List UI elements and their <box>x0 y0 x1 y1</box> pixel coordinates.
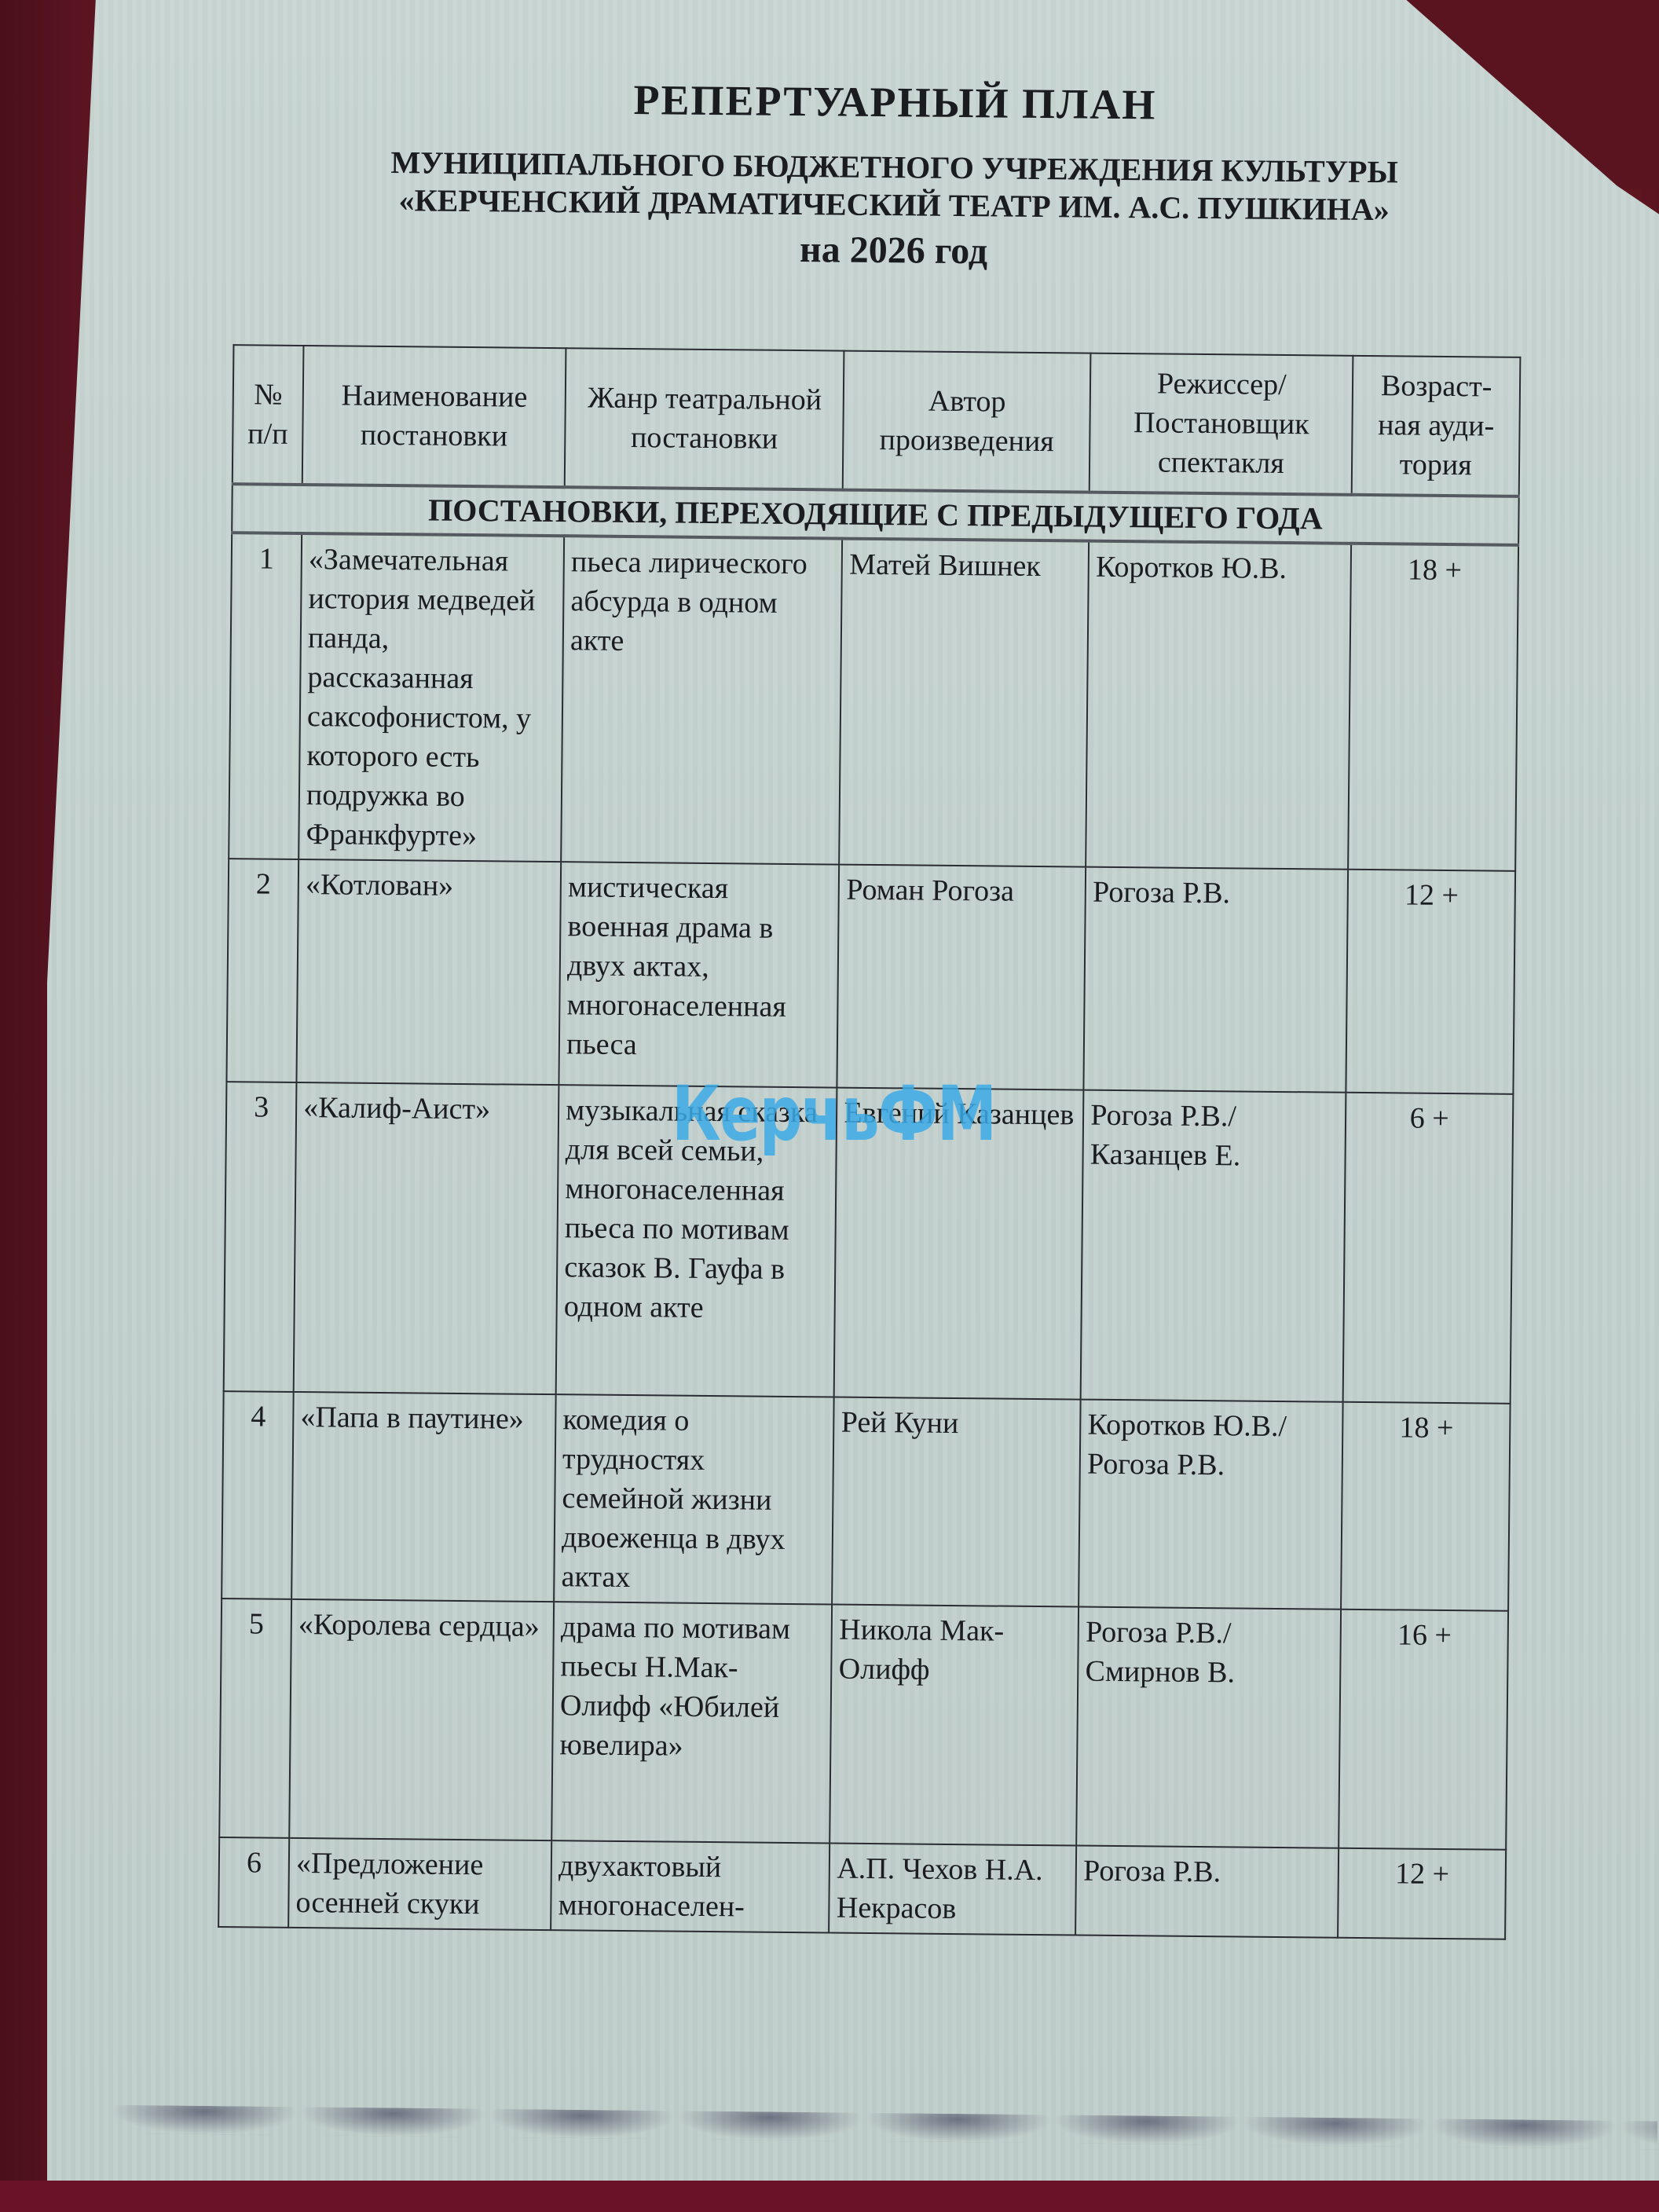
cell-author: А.П. Чехов Н.А. Некрасов <box>829 1844 1077 1935</box>
cell-director: Рогоза Р.В./ Казанцев Е. <box>1081 1090 1346 1402</box>
table-row: 5 «Королева сердца» драма по мотивам пье… <box>219 1599 1508 1850</box>
cell-title: «Папа в паутине» <box>291 1392 556 1602</box>
cell-director: Коротков Ю.В./ Рогоза Р.В. <box>1079 1400 1343 1610</box>
cell-director: Коротков Ю.В. <box>1086 541 1351 870</box>
cell-director: Рогоза Р.В./ Смирнов В. <box>1076 1607 1341 1848</box>
cell-genre: мистическая военная драма в двух актах, … <box>559 862 840 1087</box>
header-number: № п/п <box>233 345 304 485</box>
cell-number: 4 <box>222 1391 294 1599</box>
cell-director: Рогоза Р.В. <box>1075 1846 1339 1938</box>
header-director: Режиссер/ Постановщик спектакля <box>1090 353 1353 495</box>
cell-genre: двухактовый многонаселен- <box>551 1840 829 1932</box>
cell-age: 12 + <box>1346 870 1515 1094</box>
cell-author: Рей Куни <box>833 1397 1081 1607</box>
table-row: 1 «Замечательная история медведей панда,… <box>229 533 1518 871</box>
cell-age: 18 + <box>1341 1402 1510 1611</box>
header-author: Автор произведения <box>843 351 1091 493</box>
table-row: 2 «Котлован» мистическая военная драма в… <box>226 859 1515 1094</box>
folder-background-bottom <box>0 2181 1659 2212</box>
header-title: Наименование постановки <box>302 346 566 487</box>
cell-title: «Предложение осенней скуки <box>288 1838 551 1930</box>
cell-age: 12 + <box>1338 1848 1506 1939</box>
cell-number: 2 <box>226 859 298 1082</box>
cell-genre: комедия о трудностях семейной жизни двое… <box>554 1394 834 1604</box>
cell-title: «Королева сердца» <box>289 1599 554 1840</box>
table-header-row: № п/п Наименование постановки Жанр театр… <box>233 345 1521 496</box>
cell-director: Рогоза Р.В. <box>1084 867 1349 1093</box>
cell-title: «Замечательная история медведей панда, р… <box>298 533 564 862</box>
cell-author: Роман Рогоза <box>837 865 1086 1090</box>
header-age: Возраст-ная ауди-тория <box>1352 356 1520 496</box>
cell-age: 6 + <box>1343 1093 1513 1404</box>
cell-genre: пьеса лирического абсурда в одном акте <box>561 536 842 864</box>
cell-genre: драма по мотивам пьесы Н.Мак-Олифф «Юбил… <box>551 1602 832 1843</box>
cell-author: Матей Вишнек <box>840 539 1090 867</box>
cell-title: «Котлован» <box>297 859 562 1085</box>
document-content: РЕПЕРТУАРНЫЙ ПЛАН МУНИЦИПАЛЬНОГО БЮДЖЕТН… <box>123 55 1555 1940</box>
cell-number: 1 <box>229 533 302 859</box>
cell-number: 6 <box>218 1837 289 1928</box>
table-row: 4 «Папа в паутине» комедия о трудностях … <box>222 1391 1510 1611</box>
table-row: 6 «Предложение осенней скуки двухактовый… <box>218 1837 1506 1939</box>
document-title: РЕПЕРТУАРНЫЙ ПЛАН <box>235 71 1555 133</box>
cell-title: «Калиф-Аист» <box>294 1082 559 1394</box>
header-genre: Жанр театральной постановки <box>565 348 844 489</box>
cell-author: Никола Мак-Олифф <box>830 1605 1079 1846</box>
cell-number: 5 <box>219 1599 291 1838</box>
cell-age: 16 + <box>1339 1610 1509 1850</box>
cell-age: 18 + <box>1348 544 1518 871</box>
watermark-logo: КерчьФМ <box>672 1070 996 1158</box>
document-year: на 2026 год <box>233 222 1553 278</box>
cell-number: 3 <box>224 1082 297 1392</box>
